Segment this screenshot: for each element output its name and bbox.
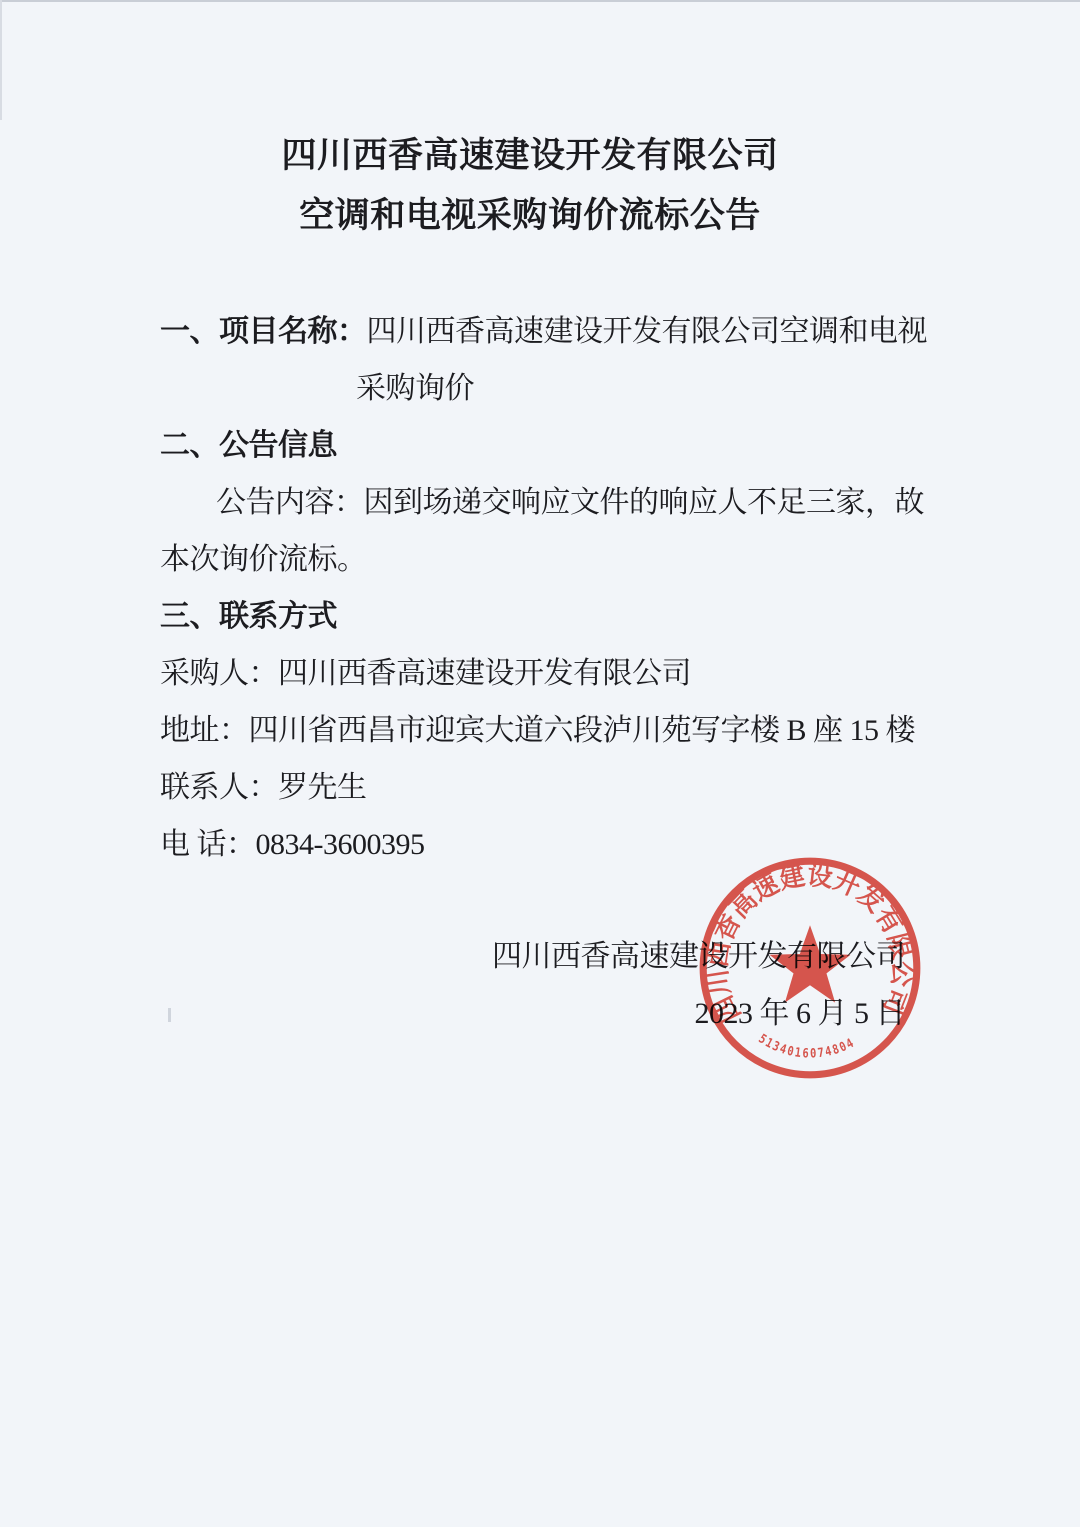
- announcement-header: 二、公告信息: [160, 417, 930, 474]
- scan-edge-top: [0, 0, 1080, 2]
- seal-star-icon: [769, 925, 850, 1002]
- contact-header: 三、联系方式: [160, 588, 930, 645]
- announcement-content-line-1: 公告内容：因到场递交响应文件的响应人不足三家，故: [160, 474, 930, 531]
- project-name-label: 一、项目名称：: [160, 315, 367, 348]
- contact-address: 地址：四川省西昌市迎宾大道六段泸川苑写字楼 B 座 15 楼: [160, 702, 930, 759]
- project-name-continuation: 采购询价: [160, 360, 930, 417]
- scan-artifact: [168, 1008, 171, 1022]
- company-seal-stamp: 四川西香高速建设开发有限公司 5134016074804: [693, 851, 927, 1085]
- document-title: 四川西香高速建设开发有限公司 空调和电视采购询价流标公告: [0, 126, 1060, 246]
- seal-serial-number: 5134016074804: [756, 1031, 857, 1061]
- project-name-line: 一、项目名称：四川西香高速建设开发有限公司空调和电视: [160, 303, 930, 360]
- scan-edge-left: [0, 0, 2, 120]
- document-body: 一、项目名称：四川西香高速建设开发有限公司空调和电视 采购询价 二、公告信息 公…: [160, 303, 930, 873]
- title-line-2: 空调和电视采购询价流标公告: [0, 186, 1060, 246]
- title-line-1: 四川西香高速建设开发有限公司: [0, 126, 1060, 186]
- contact-buyer: 采购人：四川西香高速建设开发有限公司: [160, 645, 930, 702]
- project-name-value: 四川西香高速建设开发有限公司空调和电视: [367, 315, 928, 348]
- contact-person: 联系人：罗先生: [160, 759, 930, 816]
- announcement-content-line-2: 本次询价流标。: [160, 531, 930, 588]
- document-page: 四川西香高速建设开发有限公司 空调和电视采购询价流标公告 一、项目名称：四川西香…: [0, 0, 1080, 1527]
